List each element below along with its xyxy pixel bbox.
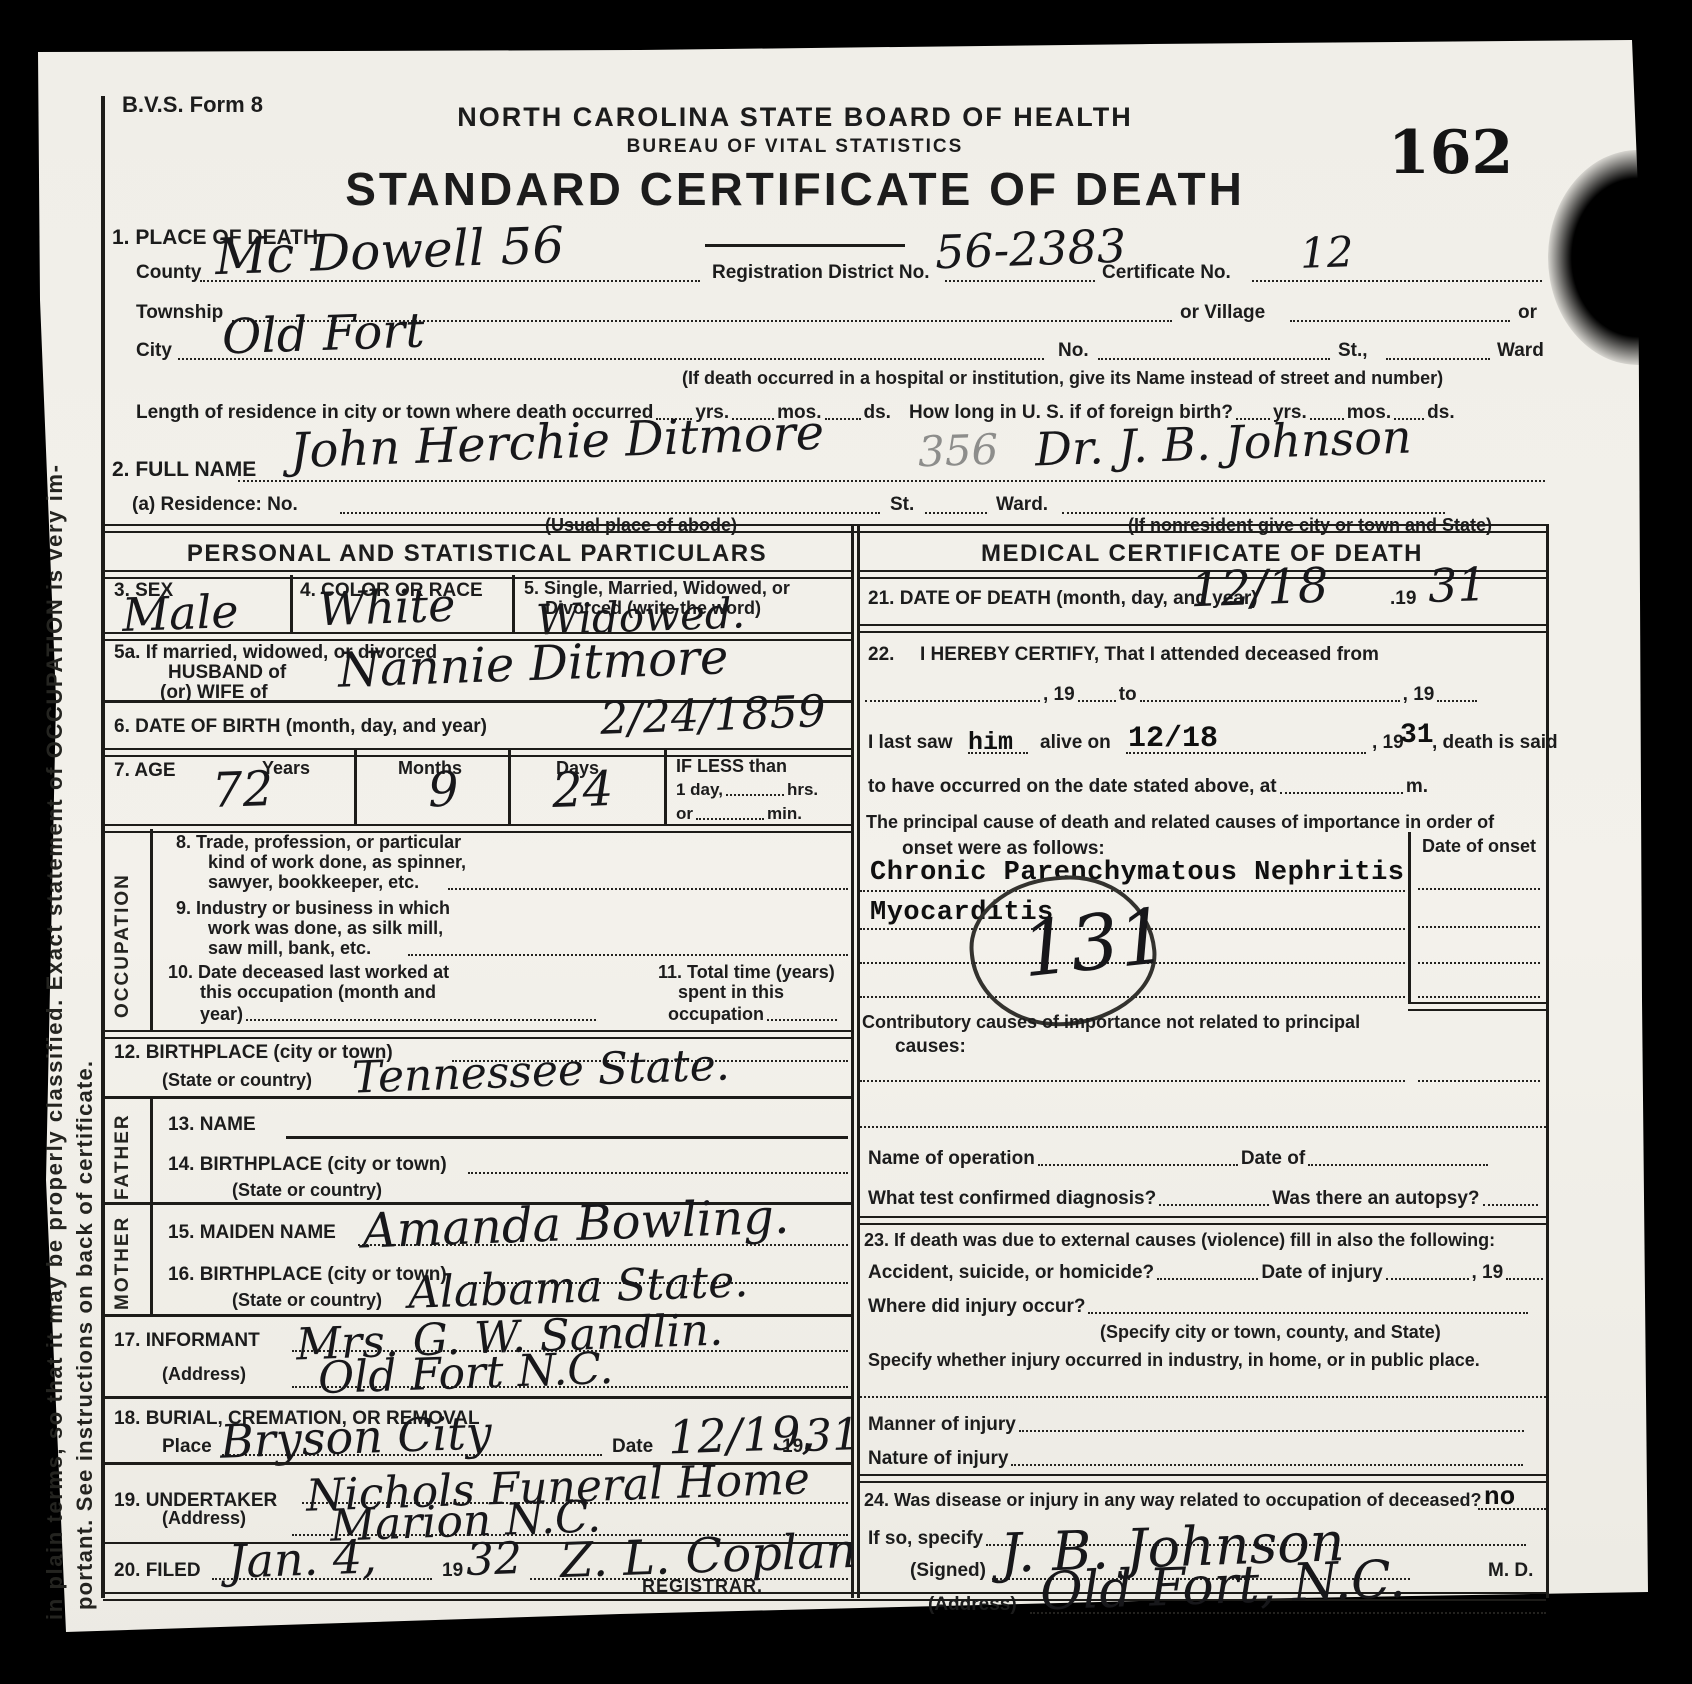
city-value: Old Fort — [221, 302, 425, 365]
ward2-label: Ward. — [996, 494, 1048, 516]
cell-divider-1 — [290, 575, 293, 632]
min-label: min. — [767, 804, 802, 824]
injury-19-label: , 19 — [1472, 1262, 1504, 1284]
blank — [1437, 700, 1477, 702]
date-of-onset-header: Date of onset — [1422, 836, 1536, 857]
signed-address-label: (Address) — [928, 1594, 1017, 1616]
onset-line-2 — [1418, 926, 1540, 928]
township-label: Township — [136, 302, 223, 324]
if-so-label: If so, specify — [868, 1528, 983, 1550]
filed-year-value: 32 — [465, 1533, 523, 1586]
attended-from-row: , 19 to , 19 — [862, 684, 1546, 706]
or-village-label: or Village — [1180, 302, 1265, 324]
item17-label: 17. INFORMANT — [114, 1330, 260, 1352]
item14-label: 14. BIRTHPLACE (city or town) — [168, 1154, 447, 1176]
last-saw-date: 12/18 — [1128, 722, 1218, 756]
saw-comma-19: , 19 — [1372, 732, 1404, 754]
accident-label: Accident, suicide, or homicide? — [868, 1262, 1154, 1284]
contributory-blank-1b — [1418, 1080, 1540, 1082]
principal-cause-line1: The principal cause of death and related… — [866, 812, 1494, 833]
item9-line2: work was done, as silk mill, — [208, 918, 443, 939]
item9-line — [408, 954, 848, 956]
age-years-value: 72 — [211, 761, 274, 819]
physician-address: Old Fort, N.C. — [1039, 1550, 1406, 1623]
form-right-border — [1546, 524, 1549, 1598]
village-line — [1290, 320, 1510, 322]
item12-state-note: (State or country) — [162, 1070, 312, 1091]
age-divider-3 — [664, 750, 667, 824]
st2-line — [925, 512, 987, 514]
scanned-death-certificate: in plain terms, so that it may be proper… — [0, 0, 1692, 1684]
blank — [865, 700, 1040, 702]
item13-label: 13. NAME — [168, 1114, 256, 1136]
occupation-rule — [103, 1030, 851, 1039]
or-less-label: or — [676, 804, 693, 824]
onset-box-bottom — [1408, 1002, 1547, 1011]
mortality-code-value: 131 — [1018, 891, 1172, 995]
burial-place-value: Bryson City — [219, 1405, 492, 1468]
margin-instruction-line1: in plain terms, so that it may be proper… — [42, 90, 68, 1620]
item17-address-note: (Address) — [162, 1364, 246, 1385]
st-line — [1386, 358, 1490, 360]
husband-label: HUSBAND of — [168, 662, 286, 684]
city-label: City — [136, 340, 172, 362]
father-divider — [150, 1098, 153, 1202]
blank — [1019, 1430, 1524, 1432]
burial-year-value: 31 — [803, 1409, 861, 1462]
county-label: County — [136, 262, 201, 284]
full-name-line — [238, 480, 1545, 482]
onset-box-left-border — [1408, 832, 1411, 1004]
form-number: B.V.S. Form 8 — [122, 92, 263, 118]
item16-state-note: (State or country) — [232, 1290, 382, 1311]
blank — [1011, 1464, 1523, 1466]
comma-19: , 19 — [1403, 684, 1435, 706]
ward-label: Ward — [1497, 340, 1544, 362]
item11-line2: spent in this — [678, 982, 784, 1003]
accident-row: Accident, suicide, or homicide? Date of … — [868, 1262, 1546, 1284]
item8-line — [448, 888, 848, 890]
item16-label: 16. BIRTHPLACE (city or town) — [168, 1264, 447, 1286]
item9-line1: 9. Industry or business in which — [176, 898, 450, 919]
item20-label: 20. FILED — [114, 1560, 201, 1582]
ifless-row-3: or min. — [676, 804, 844, 824]
ifless-label-1: IF LESS than — [676, 756, 787, 777]
contributory-line2: causes: — [895, 1036, 966, 1058]
item11-line1: 11. Total time (years) — [658, 962, 835, 983]
cell-divider-2 — [512, 575, 515, 632]
item10-line2: this occupation (month and — [200, 982, 436, 1003]
item22-certify: I HEREBY CERTIFY, That I attended deceas… — [920, 644, 1379, 666]
item13-line — [286, 1136, 848, 1139]
residence-label: (a) Residence: No. — [132, 494, 298, 516]
informant-address-value: Old Fort N.C. — [317, 1343, 614, 1404]
blank — [1159, 1204, 1269, 1206]
ds-label: ds. — [864, 402, 891, 424]
dob-label: 6. DATE OF BIRTH (month, day, and year) — [114, 716, 487, 738]
st-label: St., — [1338, 340, 1368, 362]
comma-19: , 19 — [1043, 684, 1075, 706]
bureau-title: BUREAU OF VITAL STATISTICS — [400, 136, 1190, 158]
item24-answer-line — [1478, 1508, 1546, 1510]
onset-line-1 — [1418, 888, 1540, 890]
street-no-line — [1098, 358, 1330, 360]
age-months-value: 9 — [427, 761, 459, 818]
principal-cause-line2: onset were as follows: — [902, 838, 1105, 860]
st2-label: St. — [890, 494, 914, 516]
last-saw-line — [1126, 752, 1366, 754]
onset-line-4 — [1418, 996, 1540, 998]
blank — [1483, 1204, 1538, 1206]
to-label: to — [1119, 684, 1137, 706]
certificate-no-value: 12 — [1299, 227, 1354, 278]
org-title: NORTH CAROLINA STATE BOARD OF HEALTH — [400, 102, 1190, 133]
blank — [1140, 700, 1400, 702]
md-label: M. D. — [1488, 1560, 1533, 1582]
age-days-value: 24 — [551, 761, 614, 819]
blank — [1078, 700, 1116, 702]
father-side-label: FATHER — [112, 1112, 134, 1200]
cause-of-death-1: Chronic Parenchymatous Nephritis — [870, 858, 1404, 888]
occupation-label: occupation — [668, 1004, 764, 1025]
reg-line — [945, 280, 1095, 282]
contributory-blank-2 — [860, 1126, 1546, 1128]
item14-state-note: (State or country) — [232, 1180, 382, 1201]
form-left-border — [101, 96, 105, 1598]
street-no-label: No. — [1058, 340, 1089, 362]
age-label: 7. AGE — [114, 760, 176, 782]
blank — [246, 1019, 596, 1021]
blank — [1157, 1278, 1258, 1280]
occupation-side-label: OCCUPATION — [112, 848, 134, 1018]
residence-line — [340, 512, 880, 514]
specify-place-note: Specify whether injury occurred in indus… — [868, 1350, 1480, 1371]
item10-line3-row: year) — [200, 1004, 620, 1025]
personal-section-heading: PERSONAL AND STATISTICAL PARTICULARS — [103, 540, 851, 568]
item24-label: 24. Was disease or injury in any way rel… — [864, 1490, 1482, 1511]
registration-district-label: Registration District No. — [712, 262, 929, 284]
item17-rule — [103, 1396, 851, 1399]
date-of-injury-label: Date of injury — [1261, 1262, 1382, 1284]
registration-district-value: 56-2383 — [934, 219, 1127, 280]
last-saw-year: 31 — [1400, 720, 1434, 751]
blank — [1386, 1278, 1469, 1280]
manner-label: Manner of injury — [868, 1414, 1016, 1436]
full-name-number: 356 — [917, 425, 999, 477]
blank — [726, 794, 784, 796]
item14-line — [468, 1172, 848, 1174]
blank — [767, 1019, 837, 1021]
item22-bottom-rule — [857, 1216, 1547, 1225]
item22-number: 22. — [868, 644, 894, 666]
item23-bottom-rule — [857, 1474, 1547, 1483]
year-label: year) — [200, 1004, 243, 1025]
age-divider-1 — [354, 750, 357, 824]
test-label: What test confirmed diagnosis? — [868, 1188, 1156, 1210]
certificate-title: STANDARD CERTIFICATE OF DEATH — [330, 162, 1260, 216]
nature-of-injury-row: Nature of injury — [868, 1448, 1546, 1470]
blank — [1038, 1164, 1238, 1166]
item23-label: 23. If death was due to external causes … — [864, 1230, 1495, 1251]
where-injury-row: Where did injury occur? — [868, 1296, 1546, 1318]
race-value: White — [317, 578, 456, 637]
onset-line-3 — [1418, 962, 1540, 964]
alive-on-label: alive on — [1040, 732, 1111, 754]
nonresident-note: (If nonresident give city or town and St… — [1128, 515, 1492, 536]
item10-line1: 10. Date deceased last worked at — [168, 962, 449, 983]
county-value: Mc Dowell 56 — [214, 216, 565, 286]
margin-instruction-line2: portant. See instructions on back of cer… — [72, 868, 98, 1610]
item21-rule — [857, 624, 1547, 633]
filed-19-label: 19 — [442, 1560, 463, 1582]
item15-label: 15. MAIDEN NAME — [168, 1222, 336, 1244]
where-injury-label: Where did injury occur? — [868, 1296, 1085, 1318]
ds-label: ds. — [1427, 402, 1454, 424]
operation-label: Name of operation — [868, 1148, 1035, 1170]
date-of-death-value: 12/18 — [1189, 558, 1329, 619]
m-label: m. — [1406, 776, 1428, 798]
blank — [1308, 1164, 1488, 1166]
or-label: or — [1518, 302, 1537, 324]
item9-line3: saw mill, bank, etc. — [208, 938, 371, 959]
blank — [825, 418, 861, 420]
item12-rule — [103, 1096, 851, 1099]
mother-side-label: MOTHER — [112, 1218, 134, 1310]
place-label: Place — [162, 1436, 212, 1458]
contributory-line1: Contributory causes of importance not re… — [862, 1012, 1360, 1033]
abode-note: (Usual place of abode) — [545, 515, 737, 536]
signed-label: (Signed) — [910, 1560, 986, 1582]
last-saw-label: I last saw — [868, 732, 953, 754]
burial-date-label: Date — [612, 1436, 653, 1458]
manner-of-injury-row: Manner of injury — [868, 1414, 1546, 1436]
occupation-divider — [150, 829, 153, 1030]
hrs-label: hrs. — [787, 780, 818, 800]
ifless-row-2: 1 day, hrs. — [676, 780, 844, 800]
item8-line2: kind of work done, as spinner, — [208, 852, 466, 873]
autopsy-label: Was there an autopsy? — [1272, 1188, 1479, 1210]
cause-line-1 — [860, 890, 1405, 892]
age-divider-2 — [508, 750, 511, 824]
him-line — [968, 752, 1028, 754]
death-said-label: , death is said — [1432, 732, 1558, 754]
occurred-label: to have occurred on the date stated abov… — [868, 776, 1277, 798]
specify-city-note: (Specify city or town, county, and State… — [1100, 1322, 1441, 1343]
registrar-label: REGISTRAR. — [642, 1576, 763, 1597]
filed-date-value: Jan. 4, — [227, 1529, 377, 1588]
blank — [1506, 1278, 1543, 1280]
injury-blank-line — [860, 1396, 1546, 1398]
blank — [1088, 1312, 1528, 1314]
test-row: What test confirmed diagnosis? Was there… — [868, 1188, 1546, 1210]
full-name-label: 2. FULL NAME — [112, 458, 256, 482]
name-of-operation-row: Name of operation Date of — [868, 1148, 1546, 1170]
nature-label: Nature of injury — [868, 1448, 1008, 1470]
hospital-note: (If death occurred in a hospital or inst… — [682, 368, 1443, 389]
date-of-label: Date of — [1241, 1148, 1305, 1170]
contributory-blank-1 — [860, 1080, 1405, 1082]
item11-line3-row: occupation — [668, 1004, 848, 1025]
dob-value: 2/24/1859 — [599, 686, 826, 745]
reg-line-upper — [705, 244, 905, 247]
certificate-no-label: Certificate No. — [1102, 262, 1231, 284]
blank — [696, 818, 764, 820]
mother-divider — [150, 1204, 153, 1314]
ward2-line — [1062, 512, 1445, 514]
blank — [1280, 792, 1403, 794]
item8-line3: sawyer, bookkeeper, etc. — [208, 872, 419, 893]
date-of-death-year: 31 — [1427, 557, 1487, 613]
cert-line — [1252, 280, 1542, 282]
item21-19-label: .19 — [1390, 588, 1416, 610]
stamped-number: 162 — [1388, 118, 1513, 188]
one-day-label: 1 day, — [676, 780, 723, 800]
item8-line1: 8. Trade, profession, or particular — [176, 832, 461, 853]
occurred-row: to have occurred on the date stated abov… — [868, 776, 1428, 798]
item19-address-note: (Address) — [162, 1508, 246, 1529]
